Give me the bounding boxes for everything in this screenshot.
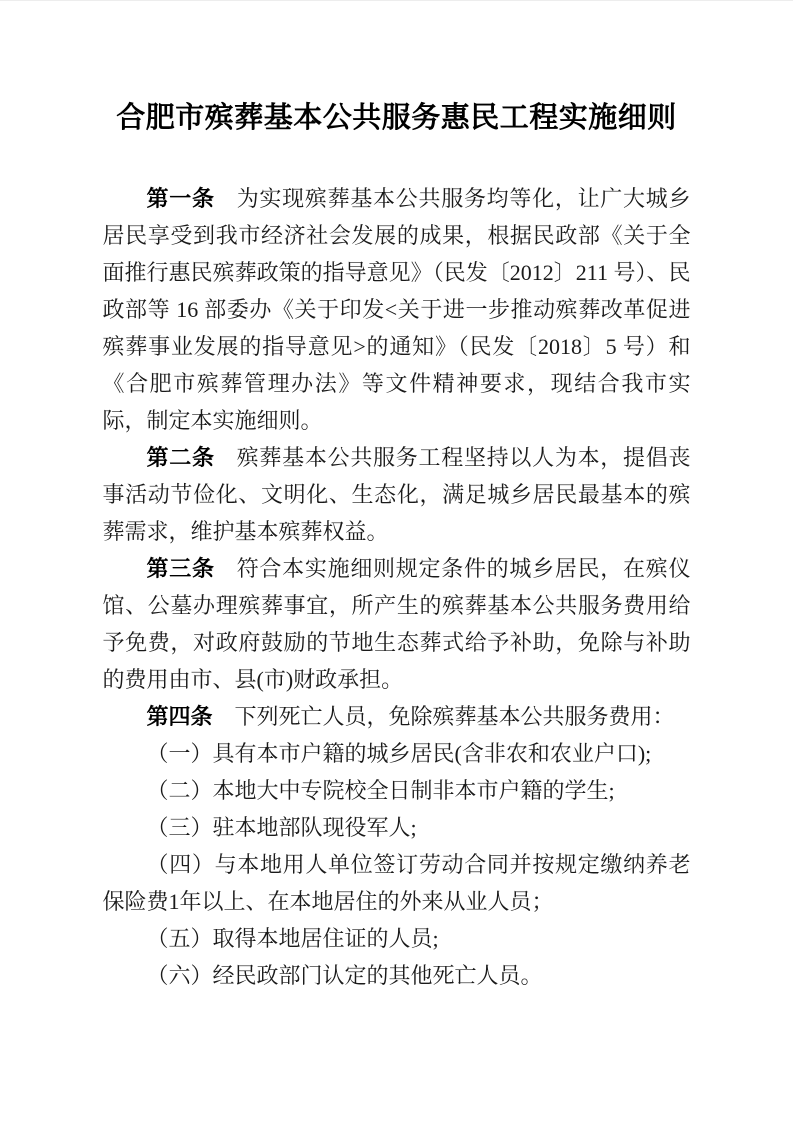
article-2-number: 第二条 <box>147 445 215 470</box>
article-1-number: 第一条 <box>147 186 215 211</box>
article-2: 第二条殡葬基本公共服务工程坚持以人为本，提倡丧事活动节俭化、文明化、生态化，满足… <box>103 439 691 550</box>
document-title: 合肥市殡葬基本公共服务惠民工程实施细则 <box>0 97 793 139</box>
exemption-item-4: （四）与本地用人单位签订劳动合同并按规定缴纳养老保险费1年以上、在本地居住的外来… <box>103 846 691 920</box>
article-1: 第一条为实现殡葬基本公共服务均等化，让广大城乡居民享受到我市经济社会发展的成果，… <box>103 180 691 439</box>
exemption-item-2: （二）本地大中专院校全日制非本市户籍的学生; <box>103 772 691 809</box>
exemption-item-1: （一）具有本市户籍的城乡居民(含非农和农业户口); <box>103 735 691 772</box>
exemption-item-5: （五）取得本地居住证的人员; <box>103 920 691 957</box>
exemption-item-3: （三）驻本地部队现役军人; <box>103 809 691 846</box>
article-4-text: 下列死亡人员，免除殡葬基本公共服务费用： <box>235 704 675 729</box>
exemption-item-6: （六）经民政部门认定的其他死亡人员。 <box>103 957 691 994</box>
article-3: 第三条符合本实施细则规定条件的城乡居民，在殡仪馆、公墓办理殡葬事宜，所产生的殡葬… <box>103 550 691 698</box>
article-3-number: 第三条 <box>147 556 215 581</box>
document-body: 第一条为实现殡葬基本公共服务均等化，让广大城乡居民享受到我市经济社会发展的成果，… <box>103 180 691 994</box>
article-4-number: 第四条 <box>147 704 213 729</box>
article-1-text: 为实现殡葬基本公共服务均等化，让广大城乡居民享受到我市经济社会发展的成果，根据民… <box>103 186 691 433</box>
article-4: 第四条下列死亡人员，免除殡葬基本公共服务费用： <box>103 698 691 735</box>
document-page: 合肥市殡葬基本公共服务惠民工程实施细则 第一条为实现殡葬基本公共服务均等化，让广… <box>0 0 793 1122</box>
